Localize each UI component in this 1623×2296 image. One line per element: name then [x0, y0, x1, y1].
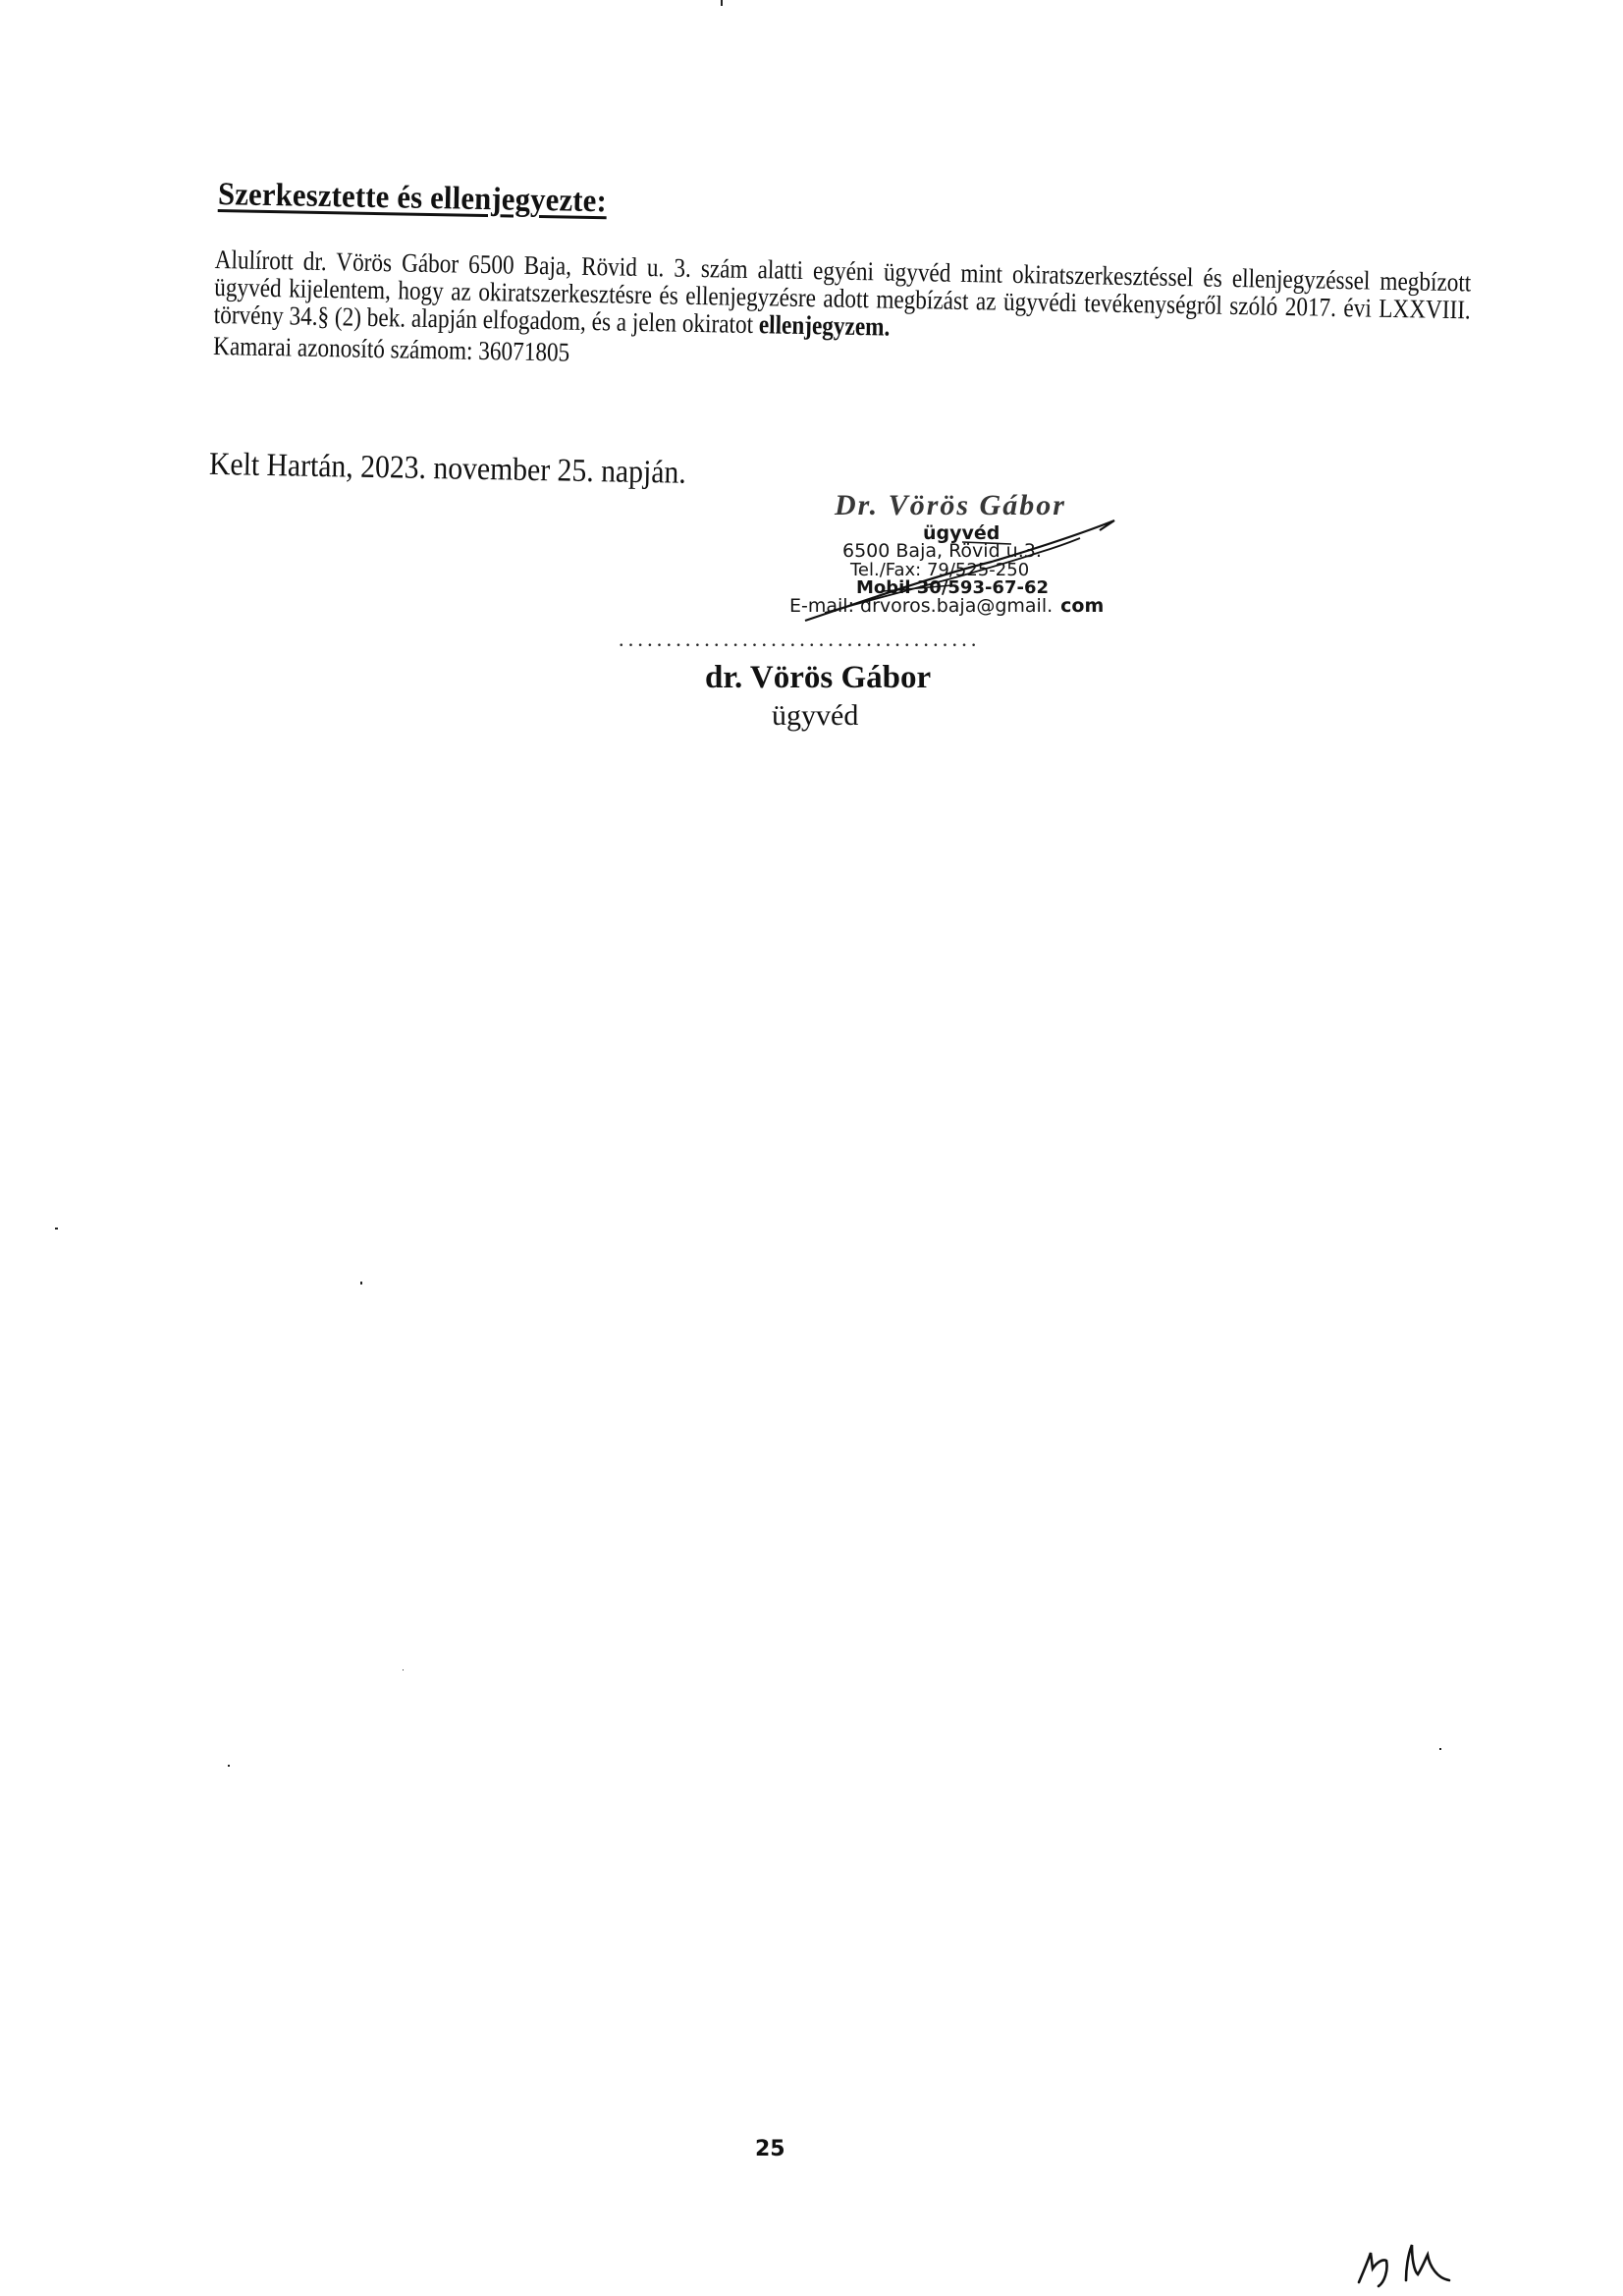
scan-speck	[403, 1669, 404, 1670]
scan-speck	[721, 0, 723, 6]
section-heading: Szerkesztette és ellenjegyezte:	[218, 177, 608, 220]
declaration-bold-ending: ellenjegyzem.	[759, 309, 891, 341]
signature-line: ......................................	[619, 629, 981, 650]
signature-scribble-icon	[785, 483, 1139, 630]
scanned-content-block: Szerkesztette és ellenjegyezte: Alulírot…	[0, 0, 1623, 909]
scan-speck	[228, 1765, 230, 1767]
signer-name: dr. Vörös Gábor	[705, 660, 931, 696]
handwritten-initials-icon	[1355, 2229, 1492, 2288]
document-page: Szerkesztette és ellenjegyezte: Alulírot…	[0, 0, 1623, 2296]
date-place-line: Kelt Hartán, 2023. november 25. napján.	[209, 447, 686, 492]
scan-speck	[360, 1282, 362, 1285]
scan-speck	[1439, 1748, 1441, 1750]
signer-title: ügyvéd	[772, 699, 858, 733]
page-number: 25	[755, 2137, 785, 2161]
lawyer-stamp: Dr. Vörös Gábor ügyvéd 6500 Baja, Rövid …	[785, 483, 1139, 630]
declaration-text: Alulírott dr. Vörös Gábor 6500 Baja, Röv…	[213, 246, 1472, 382]
scan-speck	[55, 1228, 58, 1230]
